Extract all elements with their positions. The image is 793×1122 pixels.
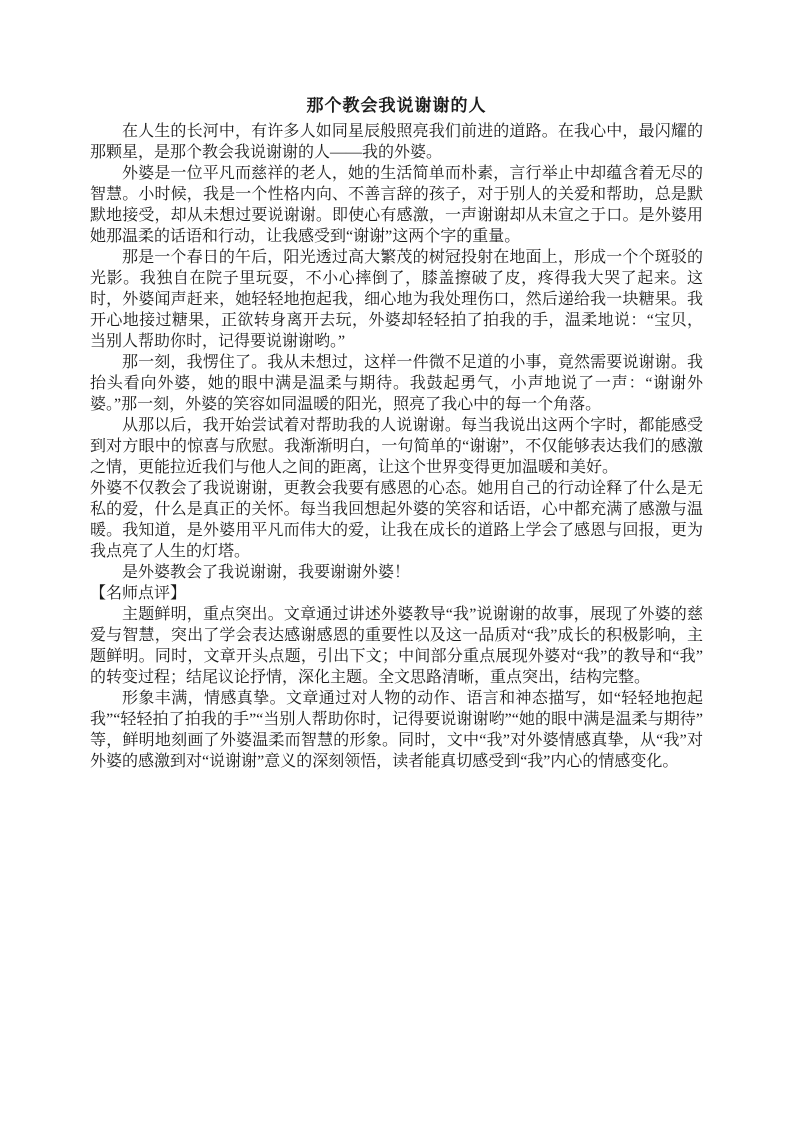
document-page: 那个教会我说谢谢的人 在人生的长河中，有许多人如同星辰般照亮我们前进的道路。在我… bbox=[0, 0, 793, 1122]
essay-closing-line: 是外婆教会了我说谢谢，我要谢谢外婆！ bbox=[90, 562, 703, 583]
essay-paragraph: 外婆不仅教会了我说谢谢，更教会我要有感恩的心态。她用自己的行动诠释了什么是无私的… bbox=[90, 478, 703, 562]
essay-paragraph: 在人生的长河中，有许多人如同星辰般照亮我们前进的道路。在我心中，最闪耀的那颗星，… bbox=[90, 121, 703, 163]
comment-paragraph: 主题鲜明，重点突出。文章通过讲述外婆教导“我”说谢谢的故事，展现了外婆的慈爱与智… bbox=[90, 604, 703, 688]
comment-paragraph: 形象丰满，情感真挚。文章通过对人物的动作、语言和神态描写，如“轻轻地抱起我”“轻… bbox=[90, 688, 703, 772]
essay-title: 那个教会我说谢谢的人 bbox=[90, 94, 703, 117]
essay-paragraph: 那是一个春日的午后，阳光透过高大繁茂的树冠投射在地面上，形成一个个斑驳的光影。我… bbox=[90, 247, 703, 352]
comment-section-heading: 【名师点评】 bbox=[90, 583, 703, 604]
essay-paragraph: 那一刻，我愣住了。我从未想过，这样一件微不足道的小事，竟然需要说谢谢。我抬头看向… bbox=[90, 352, 703, 415]
essay-paragraph: 从那以后，我开始尝试着对帮助我的人说谢谢。每当我说出这两个字时，都能感受到对方眼… bbox=[90, 415, 703, 478]
essay-paragraph: 外婆是一位平凡而慈祥的老人，她的生活简单而朴素，言行举止中却蕴含着无尽的智慧。小… bbox=[90, 163, 703, 247]
